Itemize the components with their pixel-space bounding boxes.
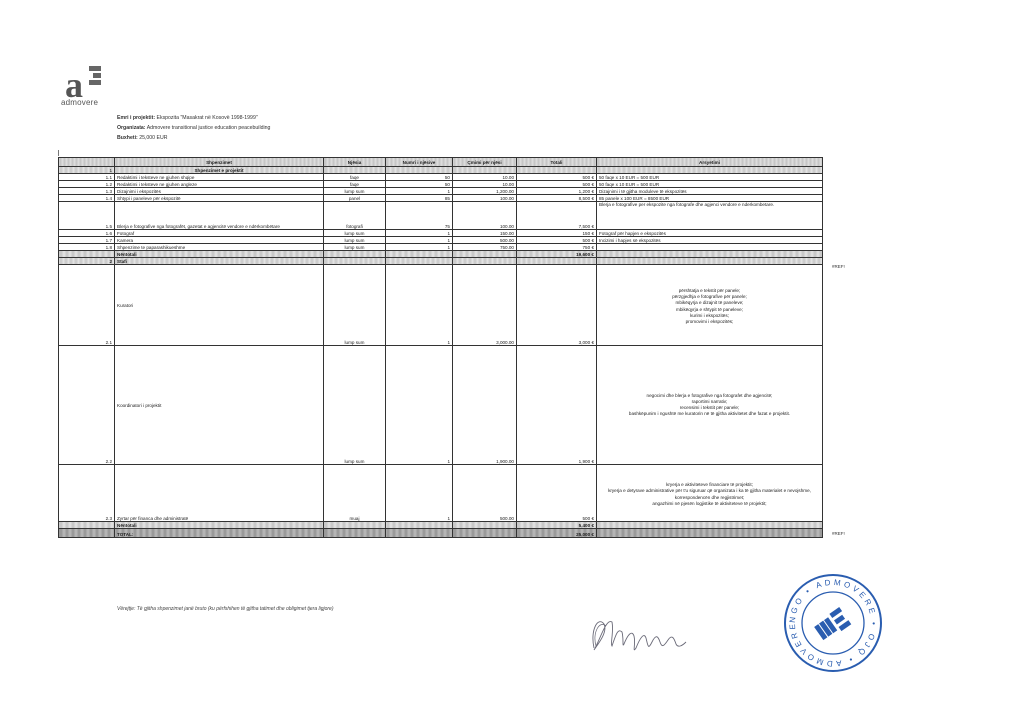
sheet-mark bbox=[58, 150, 59, 156]
header-cell bbox=[59, 158, 115, 167]
row-quantity: 50 bbox=[386, 174, 453, 181]
logo-letter-a: a bbox=[65, 70, 83, 100]
row-unit-price: 500.00 bbox=[453, 465, 517, 522]
row-number: 2.3 bbox=[59, 465, 115, 522]
row-number: 1.7 bbox=[59, 237, 115, 244]
header-cell: Numri i njësive bbox=[386, 158, 453, 167]
empty-cell bbox=[597, 251, 823, 258]
row-item: Redaktimi i teksteve ne gjuhen angleze bbox=[115, 181, 324, 188]
row-quantity: 1 bbox=[386, 188, 453, 195]
row-number: 1.4 bbox=[59, 195, 115, 202]
row-unit-price: 750.00 bbox=[453, 244, 517, 251]
empty-cell bbox=[59, 522, 115, 529]
row-unit-price: 1,900.00 bbox=[453, 346, 517, 465]
empty-cell bbox=[386, 529, 453, 538]
header-cell: Çmimi për njësi bbox=[453, 158, 517, 167]
row-total: 500 € bbox=[517, 174, 597, 181]
ref-error-2: #REF! bbox=[832, 531, 845, 536]
row-unit-price: 100.00 bbox=[453, 202, 517, 230]
row-unit-price: 150.00 bbox=[453, 230, 517, 237]
row-quantity: 1 bbox=[386, 230, 453, 237]
section-number: 1 bbox=[59, 167, 115, 174]
row-item: Koordinatori i projektit bbox=[115, 346, 324, 465]
row-total: 500 € bbox=[517, 181, 597, 188]
table-row: 1.3Dizajnimi i ekspozitëslump sum11,200.… bbox=[59, 188, 823, 195]
project-meta: Emri i projektit: Ekspozita "Masakrat në… bbox=[117, 113, 270, 143]
justification-line: promovimi i ekspozitës; bbox=[599, 319, 820, 325]
empty-cell bbox=[59, 251, 115, 258]
row-total: 150 € bbox=[517, 230, 597, 237]
subtotal-row: Nëntotali5,400 € bbox=[59, 522, 823, 529]
row-quantity: 50 bbox=[386, 181, 453, 188]
row-item: Shpenzime te paparashikueshme bbox=[115, 244, 324, 251]
table-row: 2.1Kuratorilump sum13,000.003,000 €përsh… bbox=[59, 265, 823, 346]
organization-value: Admovere transitional justice education … bbox=[147, 125, 271, 131]
empty-cell bbox=[453, 522, 517, 529]
empty-cell bbox=[386, 522, 453, 529]
row-number: 1.2 bbox=[59, 181, 115, 188]
row-justification: 50 faqe x 10 EUR = 500 EUR bbox=[597, 174, 823, 181]
row-justification: kryerja e aktiviteteve financiare të pro… bbox=[597, 465, 823, 522]
empty-cell bbox=[517, 258, 597, 265]
table-row: 1.1Redaktimi i teksteve ne gjuhen shqipe… bbox=[59, 174, 823, 181]
empty-cell bbox=[597, 167, 823, 174]
row-unit: lump sum bbox=[324, 230, 386, 237]
empty-cell bbox=[324, 529, 386, 538]
row-justification: përshtatja e tekstit për panele;përzgjed… bbox=[597, 265, 823, 346]
section-row: 1Shpenzimet e projektit bbox=[59, 167, 823, 174]
row-item: Blerja e fotografive nga fotografët, gaz… bbox=[115, 202, 324, 230]
table-row: 1.8Shpenzime te paparashikueshmelump sum… bbox=[59, 244, 823, 251]
stamp-logo-icon bbox=[813, 607, 851, 643]
subtotal-value: 5,400 € bbox=[517, 522, 597, 529]
row-justification: 50 faqe x 10 EUR = 500 EUR bbox=[597, 181, 823, 188]
row-number: 1.6 bbox=[59, 230, 115, 237]
row-total: 3,000 € bbox=[517, 265, 597, 346]
empty-cell bbox=[324, 258, 386, 265]
row-unit: lump sum bbox=[324, 188, 386, 195]
project-name-label: Emri i projektit: bbox=[117, 115, 155, 121]
empty-cell bbox=[597, 522, 823, 529]
table-row: 1.5Blerja e fotografive nga fotografët, … bbox=[59, 202, 823, 230]
budget-value: 25,000 EUR bbox=[139, 135, 167, 141]
row-item: Kuratori bbox=[115, 265, 324, 346]
row-unit: lump sum bbox=[324, 265, 386, 346]
row-unit: lump sum bbox=[324, 346, 386, 465]
row-total: 500 € bbox=[517, 237, 597, 244]
budget-label: Buxheti: bbox=[117, 135, 138, 141]
row-quantity: 1 bbox=[386, 237, 453, 244]
row-unit-price: 10.00 bbox=[453, 174, 517, 181]
justification-line: bashkëpunim i ngushtë me kuratorin në të… bbox=[599, 411, 820, 417]
organization-line: Organizata: Admovere transitional justic… bbox=[117, 123, 270, 133]
table-row: 2.3Zyrtar për financa dhe administratëmu… bbox=[59, 465, 823, 522]
budget-table: ShpenzimetNjësiaNumri i njësiveÇmimi për… bbox=[58, 157, 823, 538]
justification-line: kryerja e detyrave administrative për t'… bbox=[599, 488, 820, 500]
section-title: Stafi bbox=[115, 258, 324, 265]
empty-cell bbox=[59, 529, 115, 538]
empty-cell bbox=[597, 529, 823, 538]
header-cell: Arsyetimi bbox=[597, 158, 823, 167]
row-number: 1.3 bbox=[59, 188, 115, 195]
row-total: 7,500 € bbox=[517, 202, 597, 230]
row-item: Shtypi i paneleve për ekspozitë bbox=[115, 195, 324, 202]
row-quantity: 1 bbox=[386, 465, 453, 522]
row-quantity: 1 bbox=[386, 265, 453, 346]
row-number: 1.8 bbox=[59, 244, 115, 251]
table-row: 1.6Fotograflump sum1150.00150 €Fotograf … bbox=[59, 230, 823, 237]
header-cell: Shpenzimet bbox=[115, 158, 324, 167]
row-unit: lump sum bbox=[324, 244, 386, 251]
table-row: 1.2Redaktimi i teksteve ne gjuhen anglez… bbox=[59, 181, 823, 188]
empty-cell bbox=[324, 522, 386, 529]
row-quantity: 75 bbox=[386, 202, 453, 230]
grand-total-label: TOTAL: bbox=[115, 529, 324, 538]
row-justification: Fotograf për hapjen e ekspozitës bbox=[597, 230, 823, 237]
admovere-logo: a admovere bbox=[63, 62, 123, 112]
empty-cell bbox=[453, 258, 517, 265]
row-justification: Incizimi i hapjes së ekspozitës bbox=[597, 237, 823, 244]
table-row: 1.4Shtypi i paneleve për ekspozitëpanel8… bbox=[59, 195, 823, 202]
row-unit-price: 1,200.00 bbox=[453, 188, 517, 195]
grand-total-row: TOTAL:25,000 € bbox=[59, 529, 823, 538]
empty-cell bbox=[597, 258, 823, 265]
row-unit-price: 100.00 bbox=[453, 195, 517, 202]
row-unit-price: 500.00 bbox=[453, 237, 517, 244]
row-justification bbox=[597, 244, 823, 251]
row-total: 500 € bbox=[517, 465, 597, 522]
footnote: Vërejtje: Të gjitha shpenzimet janë brut… bbox=[117, 606, 334, 612]
ref-error-1: #REF! bbox=[832, 264, 845, 269]
row-number: 1.5 bbox=[59, 202, 115, 230]
project-name-line: Emri i projektit: Ekspozita "Masakrat në… bbox=[117, 113, 270, 123]
row-unit-price: 3,000.00 bbox=[453, 265, 517, 346]
row-unit: panel bbox=[324, 195, 386, 202]
empty-cell bbox=[453, 251, 517, 258]
logo-wordmark: admovere bbox=[61, 98, 98, 107]
row-unit: muaj bbox=[324, 465, 386, 522]
logo-bars-icon bbox=[89, 66, 101, 87]
row-justification: Dizajnimi i të gjitha moduleve të ekspoz… bbox=[597, 188, 823, 195]
row-total: 1,200 € bbox=[517, 188, 597, 195]
row-quantity: 1 bbox=[386, 346, 453, 465]
subtotal-row: Nëntotali19,600 € bbox=[59, 251, 823, 258]
subtotal-label: Nëntotali bbox=[115, 251, 324, 258]
row-total: 8,500 € bbox=[517, 195, 597, 202]
header-cell: Njësia bbox=[324, 158, 386, 167]
section-number: 2 bbox=[59, 258, 115, 265]
justification-line: angazhimi në pjesën logjistike të aktivi… bbox=[599, 501, 820, 507]
grand-total-value: 25,000 € bbox=[517, 529, 597, 538]
empty-cell bbox=[453, 529, 517, 538]
empty-cell bbox=[386, 167, 453, 174]
row-justification: negocimi dhe blerja e fotografive nga fo… bbox=[597, 346, 823, 465]
table-row: 2.2Koordinatori i projektitlump sum11,90… bbox=[59, 346, 823, 465]
row-justification: Blerja e fotografive per ekspozite nga f… bbox=[597, 202, 823, 230]
budget-line: Buxheti: 25,000 EUR bbox=[117, 133, 270, 143]
table-row: 1.7Kameralump sum1500.00500 €Incizimi i … bbox=[59, 237, 823, 244]
row-unit: fotografi bbox=[324, 202, 386, 230]
empty-cell bbox=[453, 167, 517, 174]
organization-stamp: NGO • ADMOVERE • OJQ • ADMOVERE • bbox=[782, 572, 884, 674]
row-number: 2.1 bbox=[59, 265, 115, 346]
empty-cell bbox=[517, 167, 597, 174]
table-header: ShpenzimetNjësiaNumri i njësiveÇmimi për… bbox=[59, 158, 823, 167]
empty-cell bbox=[324, 251, 386, 258]
row-item: Dizajnimi i ekspozitës bbox=[115, 188, 324, 195]
row-item: Fotograf bbox=[115, 230, 324, 237]
section-title: Shpenzimet e projektit bbox=[115, 167, 324, 174]
empty-cell bbox=[386, 251, 453, 258]
section-row: 2Stafi bbox=[59, 258, 823, 265]
project-name-value: Ekspozita "Masakrat në Kosovë 1998-1999" bbox=[157, 115, 258, 121]
row-unit: lump sum bbox=[324, 237, 386, 244]
row-quantity: 85 bbox=[386, 195, 453, 202]
row-total: 750 € bbox=[517, 244, 597, 251]
row-unit-price: 10.00 bbox=[453, 181, 517, 188]
row-unit: faqe bbox=[324, 174, 386, 181]
empty-cell bbox=[324, 167, 386, 174]
organization-label: Organizata: bbox=[117, 125, 146, 131]
row-justification: 85 panele x 100 EUR = 8500 EUR bbox=[597, 195, 823, 202]
row-item: Redaktimi i teksteve ne gjuhen shqipe bbox=[115, 174, 324, 181]
row-item: Kamera bbox=[115, 237, 324, 244]
row-quantity: 1 bbox=[386, 244, 453, 251]
signature bbox=[588, 610, 693, 660]
row-unit: faqe bbox=[324, 181, 386, 188]
empty-cell bbox=[386, 258, 453, 265]
row-number: 1.1 bbox=[59, 174, 115, 181]
row-total: 1,900 € bbox=[517, 346, 597, 465]
header-cell: Totali bbox=[517, 158, 597, 167]
subtotal-value: 19,600 € bbox=[517, 251, 597, 258]
subtotal-label: Nëntotali bbox=[115, 522, 324, 529]
row-number: 2.2 bbox=[59, 346, 115, 465]
row-item: Zyrtar për financa dhe administratë bbox=[115, 465, 324, 522]
